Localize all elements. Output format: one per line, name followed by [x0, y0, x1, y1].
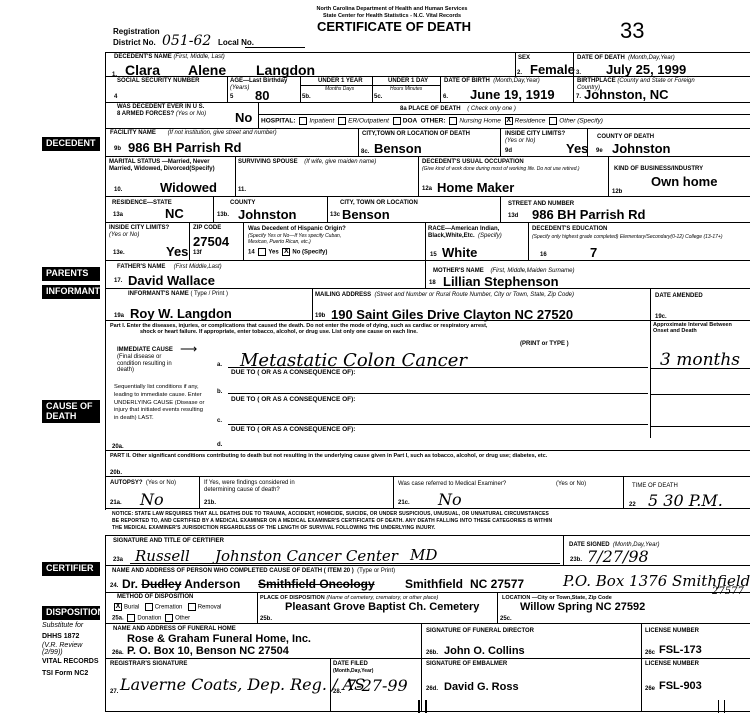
side-note: DHHS 1872 [42, 631, 99, 642]
hispanic-options: 14 Yes XNo (Specify) [248, 248, 327, 256]
local-label: Local No. [218, 38, 254, 47]
street-value: 986 BH Parrish Rd [532, 207, 645, 222]
mother-value: Lillian Stephenson [443, 274, 559, 289]
date-of-birth-value: June 19, 1919 [470, 87, 555, 102]
document-title: CERTIFICATE OF DEATH [317, 19, 471, 34]
side-note: TSI Form NC2 [42, 668, 99, 679]
certifier-title: MD [410, 546, 437, 564]
occupation-hint: (Give kind of work done during most of w… [422, 166, 607, 172]
removal-checkbox[interactable] [188, 603, 196, 611]
findings-label: If Yes, were findings considered in dete… [204, 480, 324, 493]
donation-checkbox[interactable] [127, 614, 135, 622]
funeral-director-label: SIGNATURE OF FUNERAL DIRECTOR [426, 628, 534, 635]
occupation-label: DECEDENT'S USUAL OCCUPATION [422, 159, 524, 166]
district-label: District No. [113, 38, 156, 47]
me-value: No [438, 490, 462, 509]
death-county-value: Johnston [612, 141, 671, 156]
sex-value: Female [530, 62, 575, 77]
age-value: 80 [255, 88, 269, 103]
death-city-label: CITY,TOWN OR LOCATION OF DEATH [362, 131, 470, 138]
residence-checkbox[interactable]: X [505, 117, 513, 125]
section-informant: INFORMANT [42, 285, 100, 299]
residence-inside-label: INSIDE CITY LIMITS?(Yes or No) [109, 225, 169, 238]
completer-name: Dr. Dudley Anderson [122, 577, 240, 591]
death-city-value: Benson [374, 141, 422, 156]
me-label: Was case referred to Medical Examiner? [398, 481, 506, 488]
education-value: 7 [590, 245, 597, 260]
date-signed-value: 7/27/98 [587, 547, 649, 566]
disposition-location-value: Willow Spring NC 27592 [520, 601, 645, 613]
armed-forces-label: WAS DECEDENT EVER IN U S.8 ARMED FORCES?… [117, 104, 206, 117]
education-label: DECEDENT'S EDUCATION [532, 226, 607, 233]
marital-label: MARITAL STATUS —Married, Never Married, … [109, 159, 234, 172]
inpatient-checkbox[interactable] [299, 117, 307, 125]
completer-state-zip: NC 27577 [470, 577, 524, 591]
form-side-notes: Substitute for DHHS 1872 (V.R. Review (2… [42, 620, 99, 679]
business-label: KIND OF BUSINESS/INDUSTRY [614, 166, 703, 173]
occupation-value: Home Maker [437, 180, 514, 195]
ssn-label: SOCIAL SECURITY NUMBER [117, 78, 199, 85]
facility-value: 986 BH Parrish Rd [128, 140, 241, 155]
er-outpatient-checkbox[interactable] [338, 117, 346, 125]
father-value: David Wallace [128, 273, 215, 288]
other-place-checkbox[interactable] [549, 117, 557, 125]
residence-county-label: COUNTY [230, 200, 255, 207]
director-license-value: FSL-173 [659, 644, 702, 656]
date-of-death-value: July 25, 1999 [606, 62, 686, 77]
funeral-home-address: P. O. Box 10, Benson NC 27504 [127, 645, 289, 657]
education-hint: (Specify only highest grade completed) E… [532, 234, 747, 240]
date-amended-label: DATE AMENDED [655, 293, 703, 300]
under-1-day-hint: Hours Minutes [390, 86, 422, 92]
armed-forces-value: No [235, 110, 252, 125]
embalmer-license-label: LICENSE NUMBER [645, 661, 699, 668]
disposition-method-label: METHOD OF DISPOSITION [117, 594, 193, 601]
part1-instructions: Part I. Enter the diseases, injuries, or… [110, 323, 487, 335]
completer-label: NAME AND ADDRESS OF PERSON WHO COMPLETED… [112, 568, 395, 575]
me-hint: (Yes or No) [556, 481, 586, 488]
arrow-right-icon: ⟶ [180, 342, 197, 356]
side-note: Substitute for [42, 620, 99, 631]
informant-label: INFORMANT'S NAME ( Type / Print ) [128, 291, 228, 298]
interval-label: Approximate Interval Between Onset and D… [653, 322, 748, 334]
father-label: FATHER'S NAME (First Middle,Last) [117, 264, 222, 271]
immediate-cause-label: IMMEDIATE CAUSE [117, 347, 173, 354]
inside-limits-value: Yes [566, 141, 588, 156]
zip-label: ZIP CODE [193, 225, 221, 232]
date-of-birth-label: DATE OF BIRTH (Month,Day,Year) [444, 78, 540, 85]
disposition-method-row2: 25a. Donation Other [112, 614, 190, 622]
funeral-director-value: John O. Collins [444, 645, 525, 657]
embalmer-license-value: FSL-903 [659, 680, 702, 692]
residence-state-value: NC [165, 206, 184, 221]
certifier-signature-label: SIGNATURE AND TITLE OF CERTIFIER [113, 538, 224, 545]
section-certifier: CERTIFIER [42, 562, 100, 576]
race-value: White [442, 245, 477, 260]
doa-checkbox[interactable] [393, 117, 401, 125]
residence-city-value: Benson [342, 207, 390, 222]
print-hint: (PRINT or TYPE ) [520, 341, 569, 348]
business-value: Own home [651, 174, 717, 189]
birthplace-value: Johnston, NC [584, 87, 669, 102]
inside-limits-label: INSIDE CITY LIMITS?(Yes or No) [505, 131, 565, 144]
funeral-home-label: NAME AND ADDRESS OF FUNERAL HOME [113, 626, 236, 633]
side-note: (2/99)) [42, 649, 99, 656]
facility-label: FACILITY NAME (If not institution, give … [110, 130, 277, 137]
date-filed-label: DATE FILED(Month,Day,Year) [333, 661, 373, 674]
place-of-death-options: HOSPITAL: Inpatient ER/Outpatient DOA OT… [261, 117, 603, 125]
sequential-hint: Sequentially list conditions if any, lea… [114, 384, 209, 423]
director-license-label: LICENSE NUMBER [645, 628, 699, 635]
agency-header: North Carolina Department of Health and … [302, 6, 482, 19]
informant-value: Roy W. Langdon [130, 306, 232, 321]
under-1-year-label: UNDER 1 YEAR [318, 78, 363, 85]
embalmer-label: SIGNATURE OF EMBALMER [426, 661, 507, 668]
district-number: 051-62 [162, 33, 211, 49]
autopsy-label: AUTOPSY? (Yes or No) [110, 480, 176, 487]
spouse-label: SURVIVING SPOUSE (If wife, give maiden n… [238, 159, 376, 166]
burial-checkbox[interactable]: X [114, 603, 122, 611]
date-of-death-label: DATE OF DEATH (Month,Day,Year) [577, 55, 675, 62]
completer-city: Smithfield [405, 577, 463, 591]
disposition-method-row1: XBurial Cremation Removal [112, 603, 221, 611]
section-decedent: DECEDENT [42, 137, 100, 151]
decedent-name-label: DECEDENT'S NAME (First, Middle, Last) [114, 54, 225, 61]
side-note: (V.R. Review [42, 642, 99, 649]
time-of-death-label: TIME OF DEATH [632, 483, 678, 490]
registration-label: Registration [113, 27, 160, 36]
nursing-home-checkbox[interactable] [449, 117, 457, 125]
due-to-label-c: DUE TO ( OR AS A CONSEQUENCE OF): [231, 426, 355, 433]
death-county-label: COUNTY OF DEATH [597, 134, 654, 141]
residence-city-label: CITY, TOWN OR LOCATION [340, 200, 418, 207]
registrar-signature: Laverne Coats, Dep. Reg. / AS [120, 675, 365, 694]
under-1-day-label: UNDER 1 DAY [388, 78, 428, 85]
under-1-year-hint: Months Days [325, 86, 354, 92]
mailing-address-label: MAILING ADDRESS (Street and Number or Ru… [315, 292, 574, 299]
hispanic-no-checkbox[interactable]: X [282, 248, 290, 256]
section-parents: PARENTS [42, 267, 100, 281]
due-to-label-a: DUE TO ( OR AS A CONSEQUENCE OF): [231, 369, 355, 376]
funeral-home-name: Rose & Graham Funeral Home, Inc. [127, 633, 311, 645]
autopsy-value: No [140, 490, 164, 509]
legal-notice: NOTICE: STATE LAW REQUIRES THAT ALL DEAT… [112, 511, 552, 531]
hispanic-label: Was Decedent of Hispanic Origin? [248, 226, 346, 233]
race-label: RACE—American Indian, Black,White,Etc. (… [428, 226, 508, 239]
page-number: 33 [620, 18, 644, 44]
place-of-death-label: 8a PLACE OF DEATH ( Check only one ) [400, 106, 516, 113]
date-filed-value: 7-27-99 [346, 676, 408, 695]
residence-state-label: RESIDENCE—STATE [112, 200, 172, 207]
registrar-label: REGISTRAR'S SIGNATURE [110, 661, 187, 668]
sex-label: SEX [518, 55, 530, 62]
completer-organization: Smithfield Oncology [258, 577, 375, 591]
embalmer-value: David G. Ross [444, 681, 519, 693]
interval-value: 3 months [660, 350, 740, 370]
part2-instructions: PART II. Other significant conditions co… [110, 453, 547, 459]
disposition-place-value: Pleasant Grove Baptist Ch. Cemetery [285, 601, 479, 613]
agency-line-1: North Carolina Department of Health and … [302, 6, 482, 13]
immediate-cause-hint: (Final disease or condition resulting in… [117, 354, 172, 374]
hispanic-yes-checkbox[interactable] [258, 248, 266, 256]
section-disposition: DISPOSITION [42, 606, 100, 620]
section-cause-of-death: CAUSE OF DEATH [42, 400, 100, 423]
other-disposition-checkbox[interactable] [165, 614, 173, 622]
residence-inside-value: Yes [166, 244, 188, 259]
residence-county-value: Johnston [238, 207, 297, 222]
cremation-checkbox[interactable] [145, 603, 153, 611]
due-to-label-b: DUE TO ( OR AS A CONSEQUENCE OF): [231, 396, 355, 403]
marital-value: Widowed [160, 180, 217, 195]
zip-value: 27504 [193, 234, 229, 249]
hispanic-hint: (Specify Yes or No—If Yes specify Cuban,… [248, 233, 353, 245]
side-note: VITAL RECORDS [42, 656, 99, 667]
